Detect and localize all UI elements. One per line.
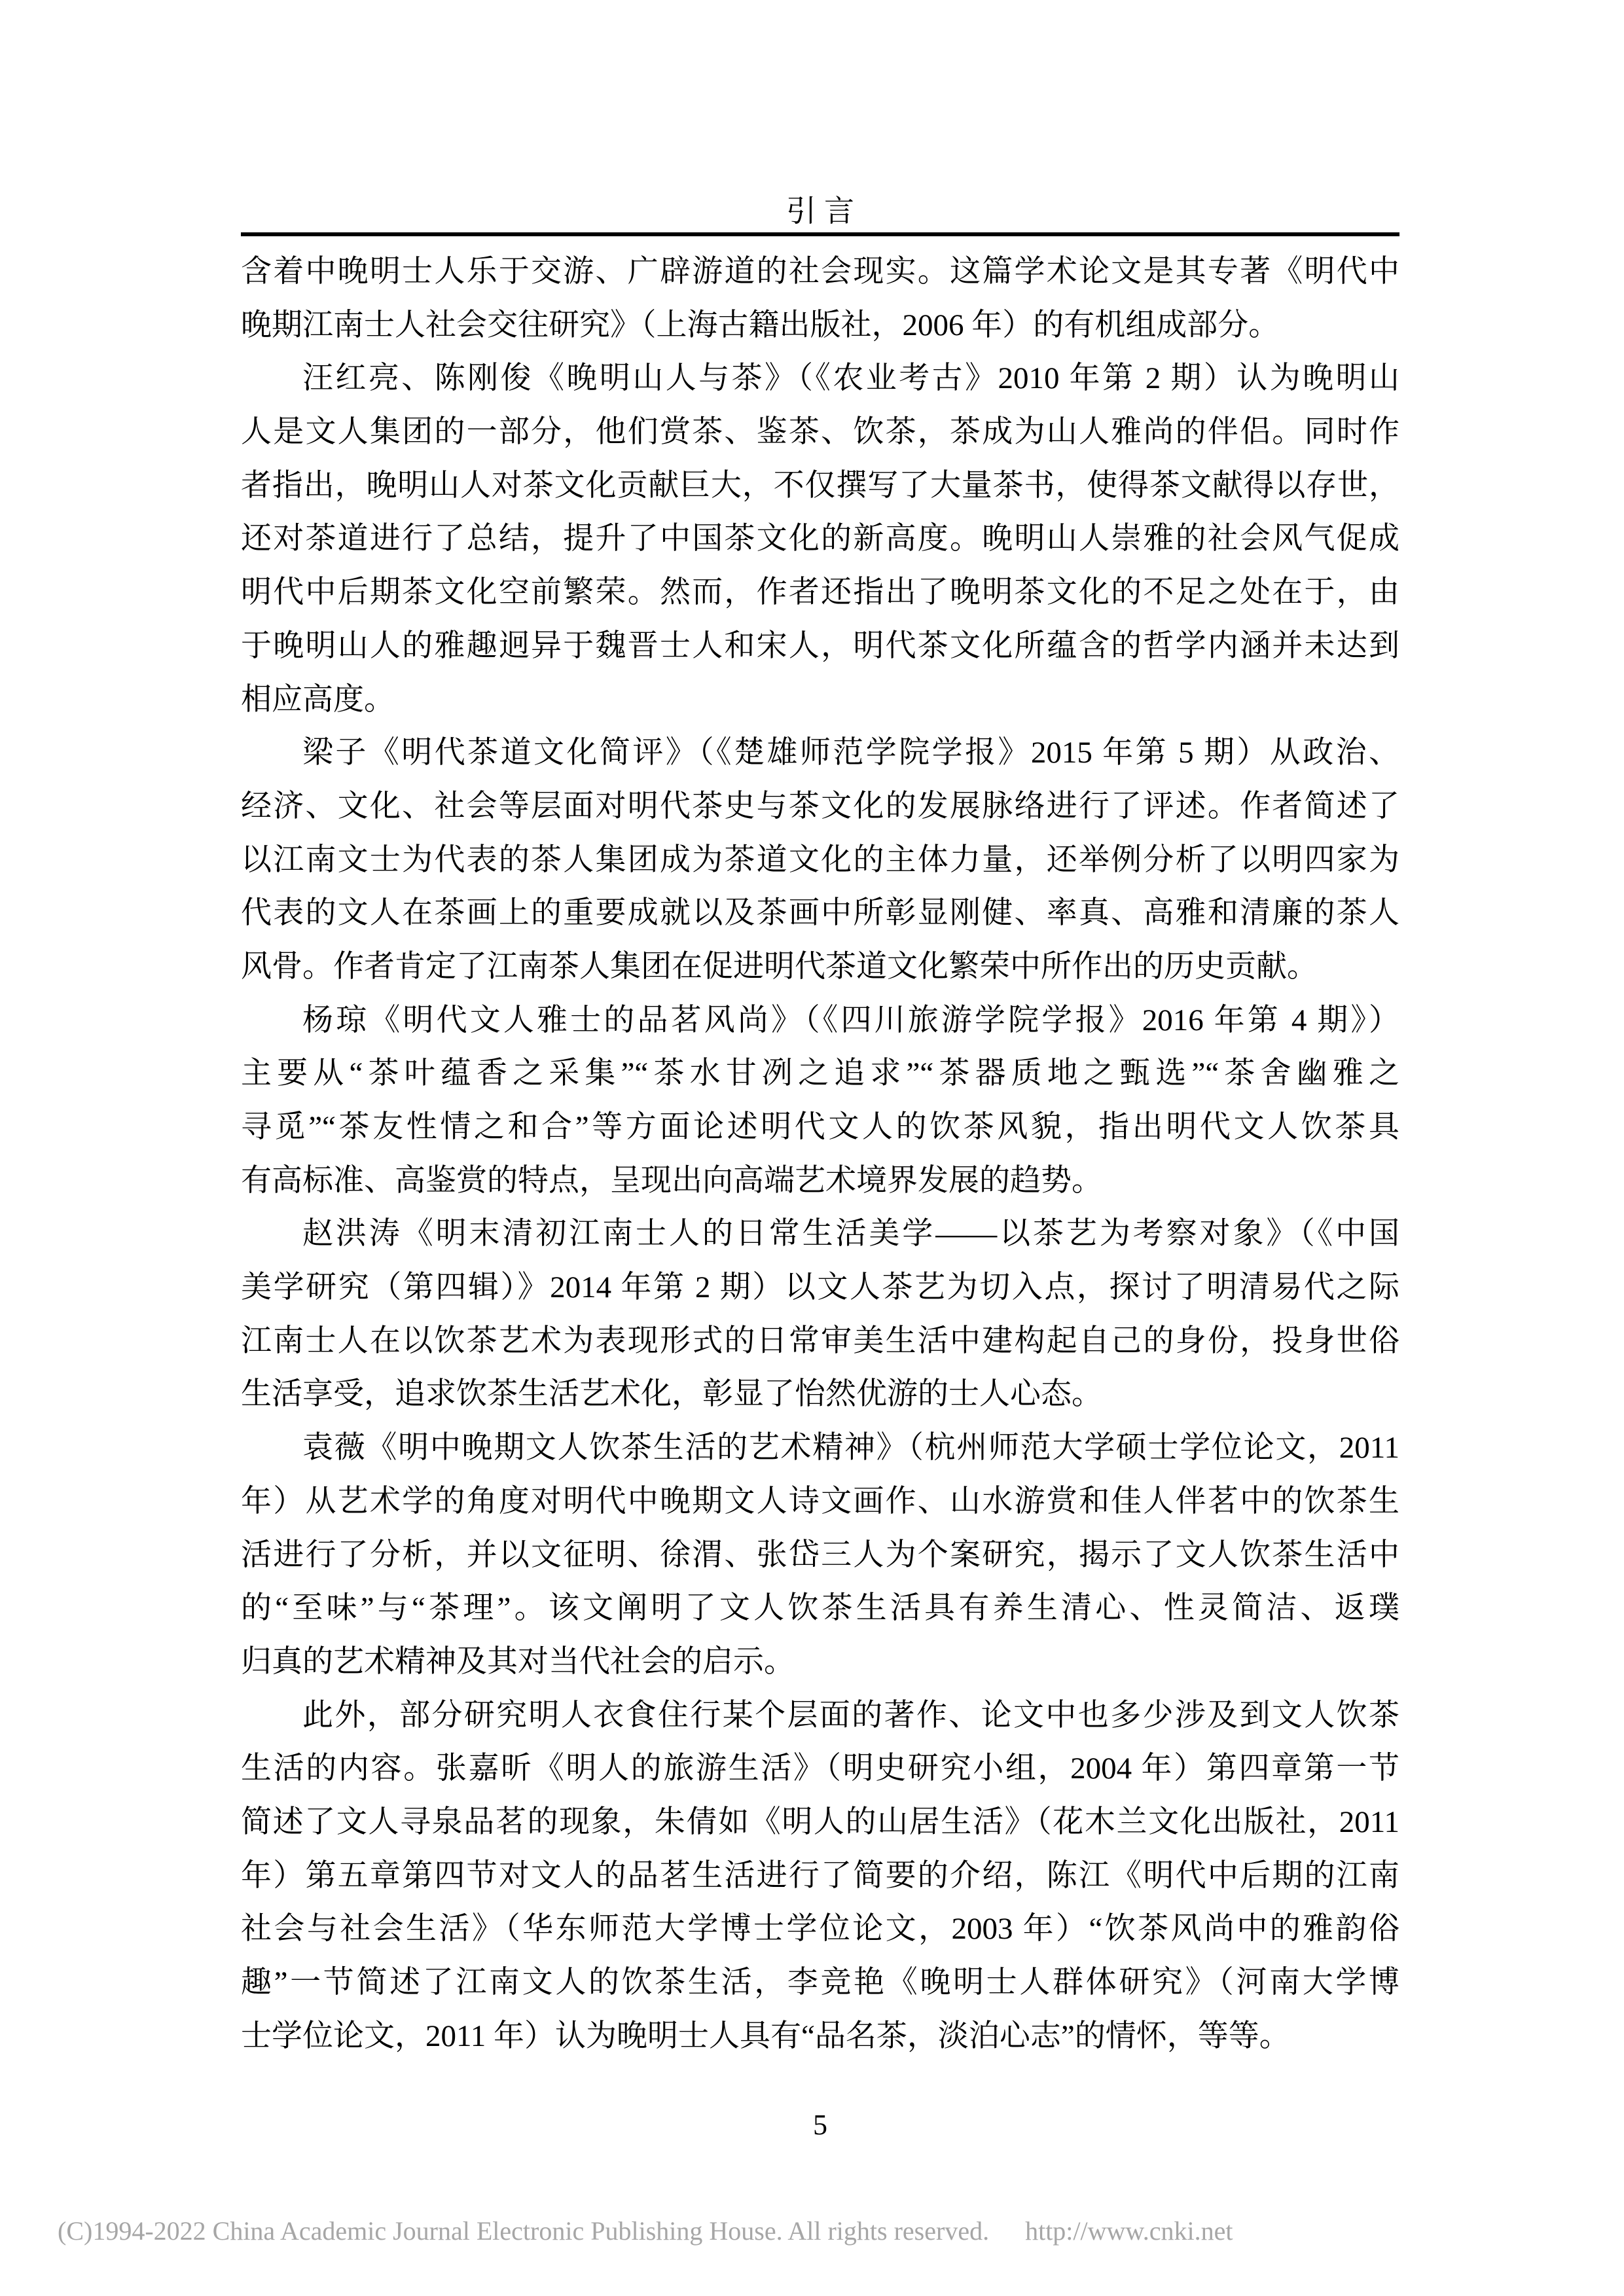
text-line: 经济、文化、社会等层面对明代茶史与茶文化的发展脉络进行了评述。作者简述了 <box>241 780 1399 834</box>
footer-url: http://www.cnki.net <box>1025 2216 1233 2246</box>
text-line: 晚期江南士人社会交往研究》（上海古籍出版社，2006 年）的有机组成部分。 <box>241 299 1399 353</box>
paragraph: 梁子《明代茶道文化简评》（《楚雄师范学院学报》2015 年第 5 期）从政治、经… <box>241 726 1399 994</box>
text-line: 含着中晚明士人乐于交游、广辟游道的社会现实。这篇学术论文是其专著《明代中 <box>241 245 1399 299</box>
text-line: 于晚明山人的雅趣迥异于魏晋士人和宋人，明代茶文化所蕴含的哲学内涵并未达到 <box>241 620 1399 673</box>
text-line: 有高标准、高鉴赏的特点，呈现出向高端艺术境界发展的趋势。 <box>241 1155 1399 1208</box>
text-line: 趣”一节简述了江南文人的饮茶生活，李竞艳《晚明士人群体研究》（河南大学博 <box>241 1956 1399 2010</box>
document-page: 引言 含着中晚明士人乐于交游、广辟游道的社会现实。这篇学术论文是其专著《明代中晚… <box>0 0 1624 2296</box>
text-line: 主要从“茶叶蕴香之采集”“茶水甘冽之追求”“茶器质地之甄选”“茶舍幽雅之 <box>241 1047 1399 1101</box>
text-line: 生活享受，追求饮茶生活艺术化，彰显了怡然优游的士人心态。 <box>241 1368 1399 1422</box>
text-line: 汪红亮、陈刚俊《晚明山人与茶》（《农业考古》2010 年第 2 期）认为晚明山 <box>241 352 1399 406</box>
text-line: 归真的艺术精神及其对当代社会的启示。 <box>241 1636 1399 1689</box>
text-line: 简述了文人寻泉品茗的现象，朱倩如《明人的山居生活》（花木兰文化出版社，2011 <box>241 1796 1399 1850</box>
copyright-text: (C)1994-2022 China Academic Journal Elec… <box>58 2216 989 2246</box>
text-line: 以江南文士为代表的茶人集团成为茶道文化的主体力量，还举例分析了以明四家为 <box>241 834 1399 888</box>
header-rule <box>241 232 1399 236</box>
text-line: 士学位论文，2011 年）认为晚明士人具有“品名茶，淡泊心志”的情怀，等等。 <box>241 2010 1399 2064</box>
text-line: 风骨。作者肯定了江南茶人集团在促进明代茶道文化繁荣中所作出的历史贡献。 <box>241 941 1399 994</box>
paragraph: 杨琼《明代文人雅士的品茗风尚》（《四川旅游学院学报》2016 年第 4 期》）主… <box>241 994 1399 1208</box>
paragraph: 含着中晚明士人乐于交游、广辟游道的社会现实。这篇学术论文是其专著《明代中晚期江南… <box>241 245 1399 352</box>
page-title: 引言 <box>241 194 1399 229</box>
paragraph: 汪红亮、陈刚俊《晚明山人与茶》（《农业考古》2010 年第 2 期）认为晚明山人… <box>241 352 1399 726</box>
text-line: 还对茶道进行了总结，提升了中国茶文化的新高度。晚明山人崇雅的社会风气促成 <box>241 512 1399 566</box>
text-line: 社会与社会生活》（华东师范大学博士学位论文，2003 年）“饮茶风尚中的雅韵俗 <box>241 1903 1399 1956</box>
text-line: 生活的内容。张嘉昕《明人的旅游生活》（明史研究小组，2004 年）第四章第一节 <box>241 1742 1399 1796</box>
copyright-footer: (C)1994-2022 China Academic Journal Elec… <box>58 2216 1589 2246</box>
text-line: 者指出，晚明山人对茶文化贡献巨大，不仅撰写了大量茶书，使得茶文献得以存世， <box>241 459 1399 513</box>
paragraph: 赵洪涛《明末清初江南士人的日常生活美学——以茶艺为考察对象》（《中国美学研究（第… <box>241 1208 1399 1422</box>
text-line: 江南士人在以饮茶艺术为表现形式的日常审美生活中建构起自己的身份，投身世俗 <box>241 1315 1399 1369</box>
text-line: 代表的文人在茶画上的重要成就以及茶画中所彰显刚健、率真、高雅和清廉的茶人 <box>241 887 1399 941</box>
text-line: 的“至味”与“茶理”。该文阐明了文人饮茶生活具有养生清心、性灵简洁、返璞 <box>241 1582 1399 1636</box>
text-line: 明代中后期茶文化空前繁荣。然而，作者还指出了晚明茶文化的不足之处在于，由 <box>241 566 1399 620</box>
body-text: 含着中晚明士人乐于交游、广辟游道的社会现实。这篇学术论文是其专著《明代中晚期江南… <box>241 245 1399 2063</box>
text-line: 寻觅”“茶友性情之和合”等方面论述明代文人的饮茶风貌，指出明代文人饮茶具 <box>241 1101 1399 1155</box>
text-line: 袁薇《明中晚期文人饮茶生活的艺术精神》（杭州师范大学硕士学位论文，2011 <box>241 1422 1399 1475</box>
text-line: 此外，部分研究明人衣食住行某个层面的著作、论文中也多少涉及到文人饮茶 <box>241 1689 1399 1743</box>
text-line: 赵洪涛《明末清初江南士人的日常生活美学——以茶艺为考察对象》（《中国 <box>241 1208 1399 1261</box>
text-line: 活进行了分析，并以文征明、徐渭、张岱三人为个案研究，揭示了文人饮茶生活中 <box>241 1529 1399 1583</box>
page-number: 5 <box>241 2109 1399 2142</box>
text-line: 杨琼《明代文人雅士的品茗风尚》（《四川旅游学院学报》2016 年第 4 期》） <box>241 994 1399 1048</box>
paragraph: 袁薇《明中晚期文人饮茶生活的艺术精神》（杭州师范大学硕士学位论文，2011年）从… <box>241 1422 1399 1689</box>
text-line: 年）从艺术学的角度对明代中晚期文人诗文画作、山水游赏和佳人伴茗中的饮茶生 <box>241 1475 1399 1529</box>
text-line: 人是文人集团的一部分，他们赏茶、鉴茶、饮茶，茶成为山人雅尚的伴侣。同时作 <box>241 406 1399 459</box>
text-line: 美学研究（第四辑）》2014 年第 2 期）以文人茶艺为切入点，探讨了明清易代之… <box>241 1261 1399 1315</box>
text-line: 梁子《明代茶道文化简评》（《楚雄师范学院学报》2015 年第 5 期）从政治、 <box>241 726 1399 780</box>
text-line: 相应高度。 <box>241 673 1399 727</box>
text-line: 年）第五章第四节对文人的品茗生活进行了简要的介绍，陈江《明代中后期的江南 <box>241 1850 1399 1903</box>
paragraph: 此外，部分研究明人衣食住行某个层面的著作、论文中也多少涉及到文人饮茶生活的内容。… <box>241 1689 1399 2064</box>
